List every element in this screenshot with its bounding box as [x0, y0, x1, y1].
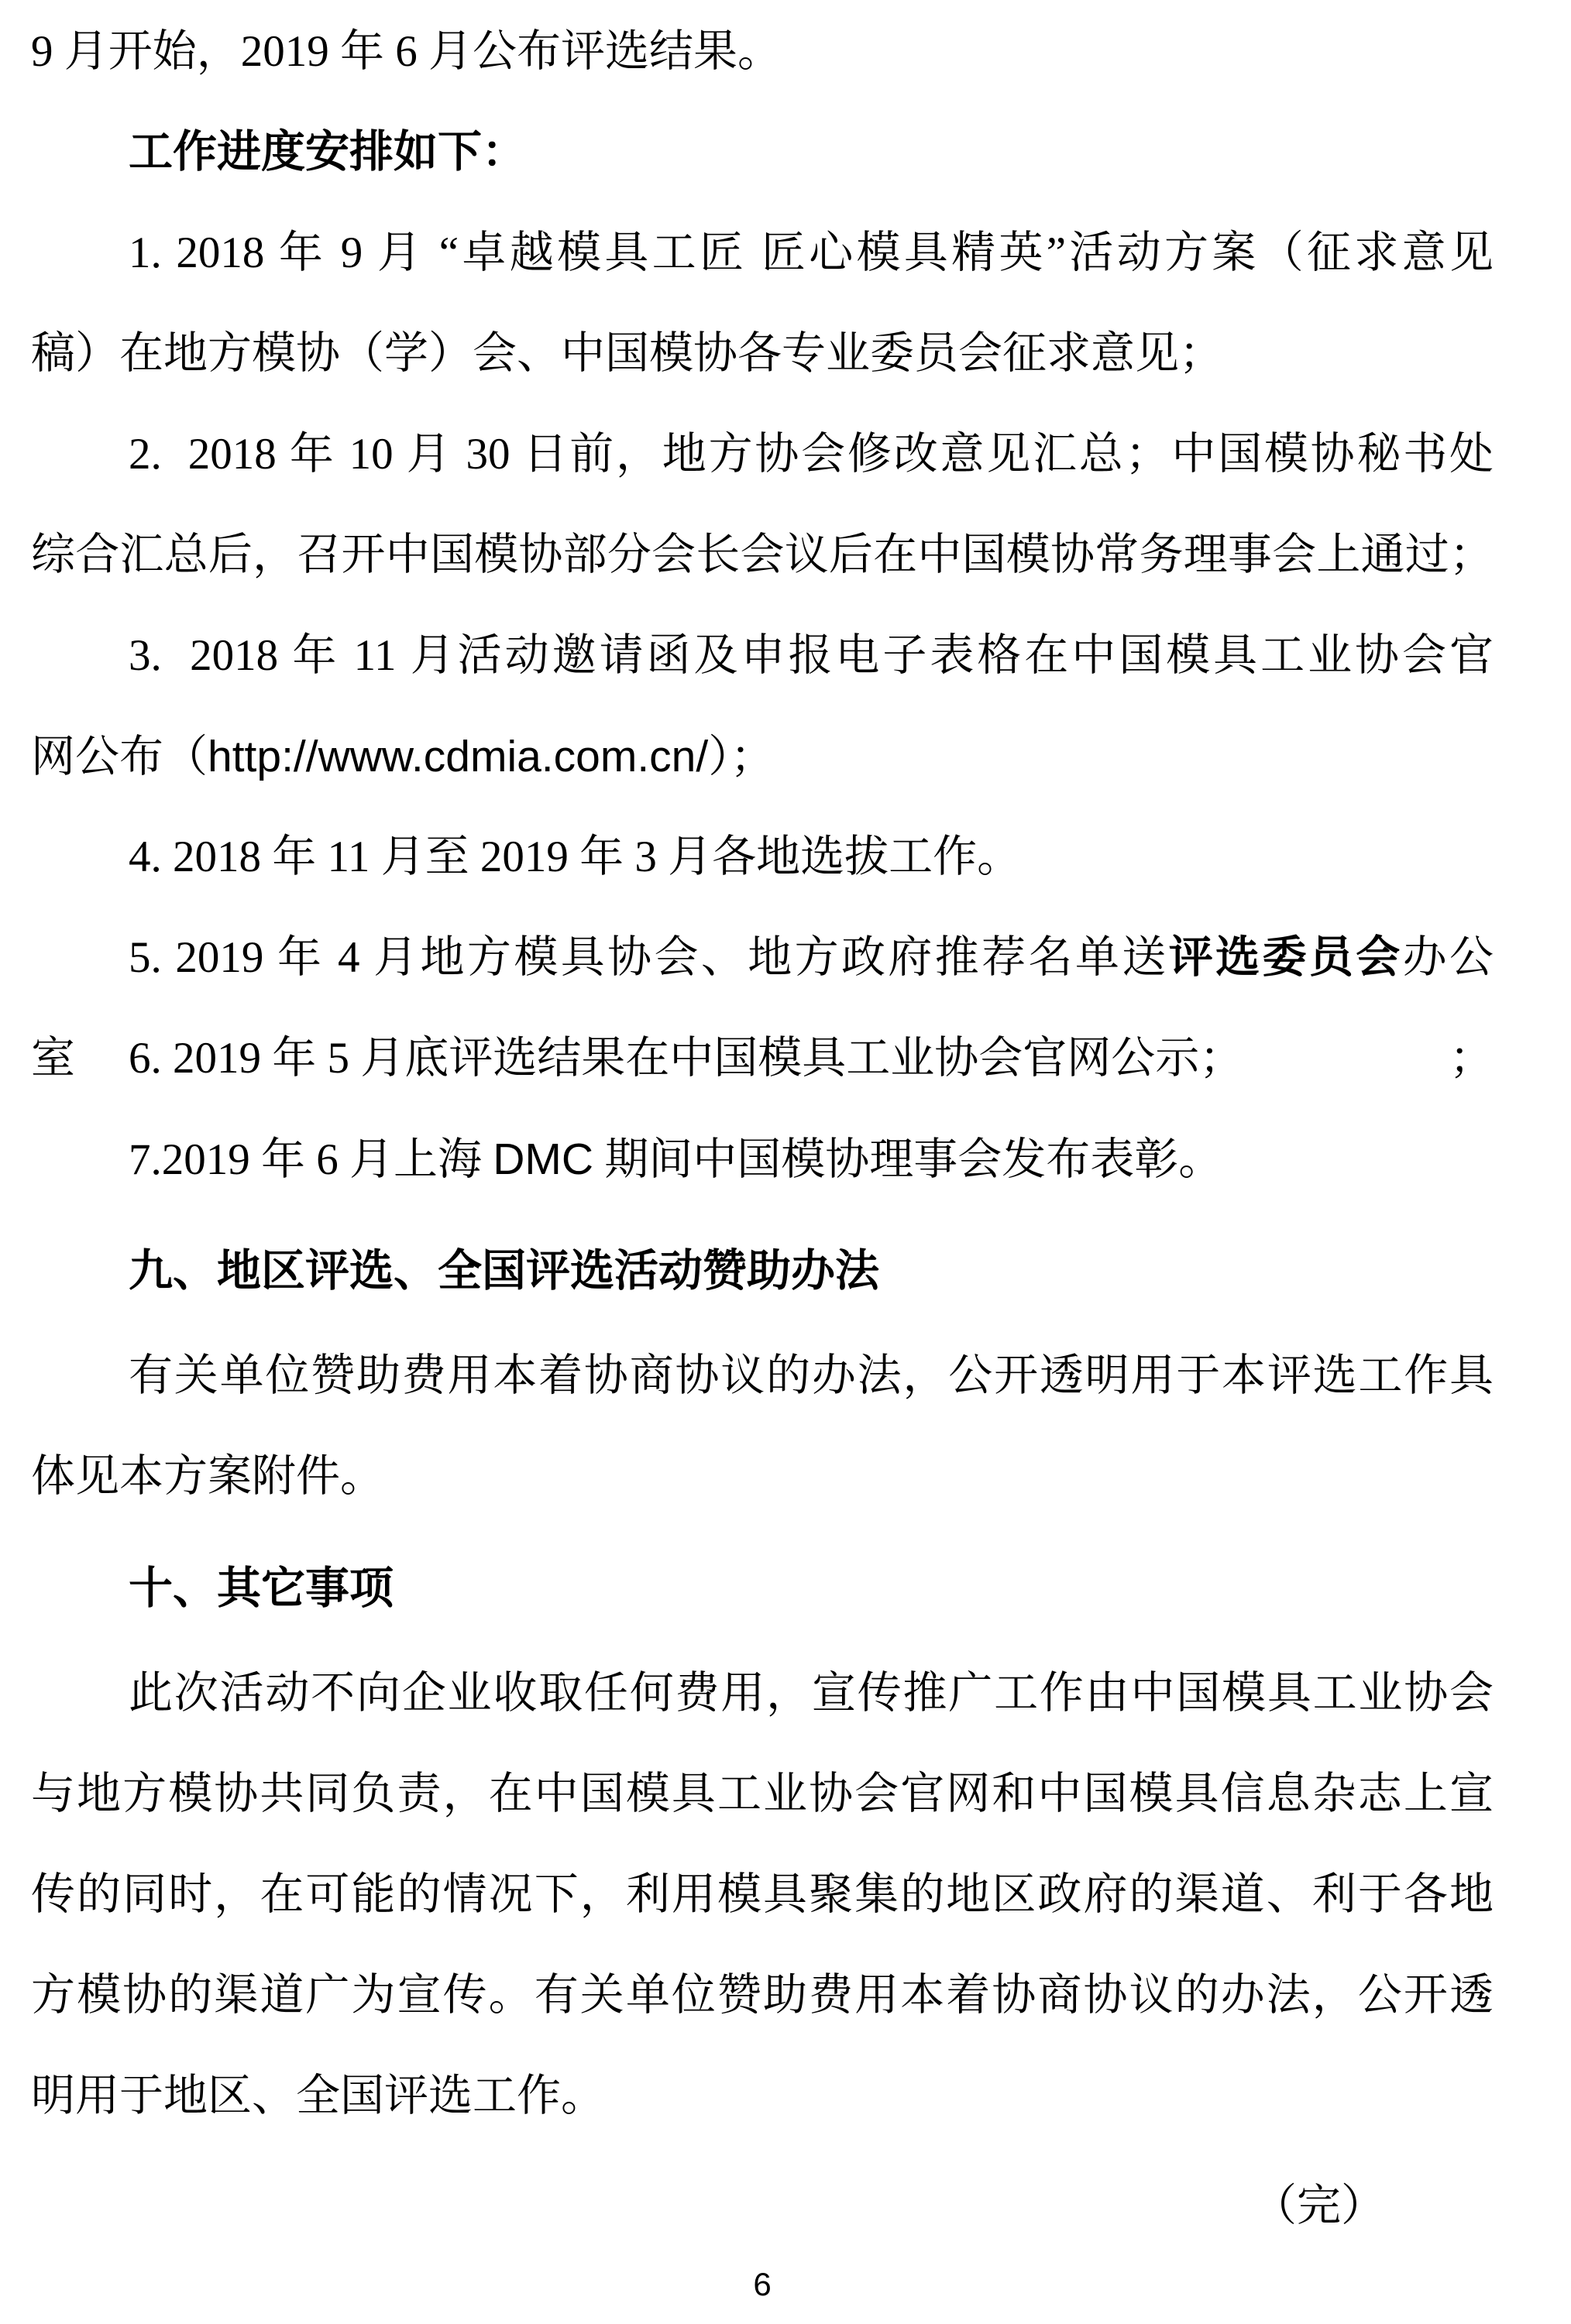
section-heading-progress: 工作进度安排如下： [31, 102, 1494, 203]
url-text: http://www.cdmia.com.cn/ [208, 732, 708, 781]
section-heading-nine: 九、地区评选、全国评选活动赞助办法 [31, 1221, 1494, 1322]
text-line: 综合汇总后，召开中国模协部分会长会议后在中国模协常务理事会上通过； [31, 505, 1494, 606]
page-number: 6 [31, 2260, 1494, 2309]
text-line: 与地方模协共同负责，在中国模具工业协会官网和中国模具信息杂志上宣 [31, 1744, 1494, 1845]
text-line: 明用于地区、全国评选工作。 [31, 2046, 1494, 2147]
text-line: 体见本方案附件。 [31, 1426, 1494, 1527]
text-line: 传的同时，在可能的情况下，利用模具聚集的地区政府的渠道、利于各地 [31, 1845, 1494, 1945]
text-line: 网公布（http://www.cdmia.com.cn/）； [31, 706, 1494, 807]
list-item-5: 5. 2019 年 4 月地方模具协会、地方政府推荐名单送评选委员会办公室； [31, 908, 1494, 1008]
text-segment: 7.2019 年 6 月上海 [129, 1135, 493, 1184]
text-line: 方模协的渠道广为宣传。有关单位赞助费用本着协商协议的办法，公开透 [31, 1945, 1494, 2046]
text-line: 9 月开始，2019 年 6 月公布评选结果。 [31, 2, 1494, 102]
text-segment: 网公布（ [31, 733, 208, 781]
list-item-7: 7.2019 年 6 月上海 DMC 期间中国模协理事会发布表彰。 [31, 1109, 1494, 1210]
text-line: 此次活动不向企业收取任何费用，宣传推广工作由中国模具工业协会 [31, 1643, 1494, 1744]
list-item-4: 4. 2018 年 11 月至 2019 年 3 月各地选拔工作。 [31, 807, 1494, 908]
bold-text-committee: 评选委员会 [1169, 933, 1403, 982]
text-segment: 期间中国模协理事会发布表彰。 [593, 1135, 1222, 1184]
text-line: 稿）在地方模协（学）会、中国模协各专业委员会征求意见； [31, 304, 1494, 404]
list-item-2: 2. 2018 年 10 月 30 日前，地方协会修改意见汇总；中国模协秘书处 [31, 404, 1494, 505]
end-mark: （完） [31, 2156, 1494, 2257]
list-item-3: 3. 2018 年 11 月活动邀请函及申报电子表格在中国模具工业协会官 [31, 606, 1494, 706]
latin-text-dmc: DMC [493, 1135, 593, 1184]
text-line: 有关单位赞助费用本着协商协议的办法，公开透明用于本评选工作具 [31, 1326, 1494, 1426]
document-page: 9 月开始，2019 年 6 月公布评选结果。 工作进度安排如下： 1. 201… [0, 0, 1571, 2324]
section-heading-ten: 十、其它事项 [31, 1539, 1494, 1639]
text-segment: 5. 2019 年 4 月地方模具协会、地方政府推荐名单送 [129, 933, 1169, 982]
list-item-1: 1. 2018 年 9 月 “卓越模具工匠 匠心模具精英”活动方案（征求意见 [31, 203, 1494, 304]
text-segment: ）； [708, 733, 775, 781]
